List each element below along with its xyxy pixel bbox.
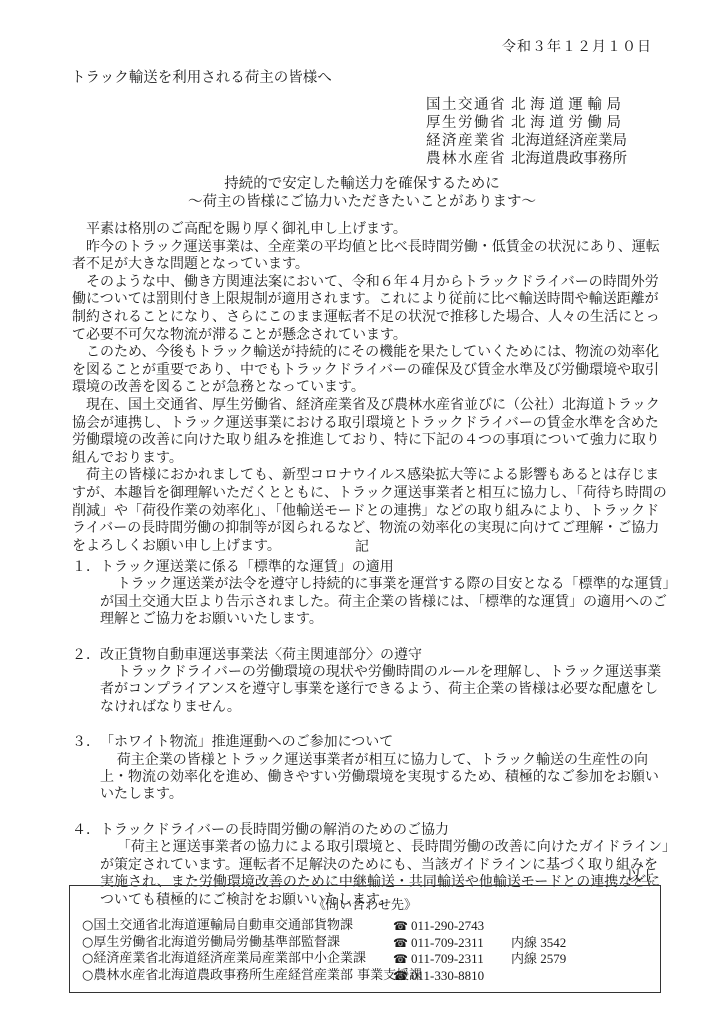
addressee: トラック輸送を利用される荷主の皆様へ <box>71 66 332 87</box>
item-heading: トラック運送業に係る「標準的な運賃」の適用 <box>100 559 394 576</box>
item-number: ４． <box>72 822 100 839</box>
contact-department: 北海道運輸局自動車交通部貨物課 <box>158 918 393 935</box>
item-number: １． <box>72 559 100 576</box>
contact-phone: 011-330-8810 <box>411 968 511 985</box>
contact-row: ○厚生労働省 北海道労働局労働基準部監督課 ☎ 011-709-2311 内線 … <box>82 935 566 952</box>
sender-ministry: 経済産業省 <box>426 132 511 150</box>
contact-department: 北海道経済産業局産業部中小企業課 <box>158 951 393 968</box>
ki-heading: 記 <box>0 536 724 556</box>
telephone-icon: ☎ <box>393 951 411 968</box>
telephone-icon: ☎ <box>393 968 411 985</box>
body-paragraph: 昨今のトラック運送事業は、全産業の平均値と比べ長時間労働・低賃金の状況にあり、運… <box>72 239 672 274</box>
contact-ministry: ○国土交通省 <box>82 918 158 935</box>
closing-mark: 以上 <box>627 866 655 886</box>
body-text: 平素は格別のご高配を賜り厚く御礼申し上げます。 昨今のトラック運送事業は、全産業… <box>72 221 672 555</box>
sender-ministry: 国土交通省 <box>426 96 511 114</box>
contact-ministry: ○厚生労働省 <box>82 935 158 952</box>
contact-box: 《問い合わせ先》 ○国土交通省 北海道運輸局自動車交通部貨物課 ☎ 011-29… <box>69 885 661 993</box>
body-paragraph: そのような中、働き方関連法案において、令和６年４月からトラックドライバーの時間外… <box>72 274 672 344</box>
contact-phone: 011-290-2743 <box>411 918 511 935</box>
item-list: １．トラック運送業に係る「標準的な運賃」の適用 トラック運送業が法令を遵守し持続… <box>72 559 672 927</box>
contact-list: ○国土交通省 北海道運輸局自動車交通部貨物課 ☎ 011-290-2743 ○厚… <box>82 918 566 984</box>
contact-phone: 011-709-2311 <box>411 951 511 968</box>
title-line-2: ～荷主の皆様にご協力いただきたいことがあります～ <box>0 194 724 212</box>
list-item: ２．改正貨物自動車運送事業法〈荷主関連部分〉の遵守 トラックドライバーの労働環境… <box>72 647 672 717</box>
contact-extension: 内線 3542 <box>511 935 566 952</box>
document-date: 令和３年１２月１０日 <box>502 36 652 56</box>
contact-row: ○国土交通省 北海道運輸局自動車交通部貨物課 ☎ 011-290-2743 <box>82 918 566 935</box>
sender-bureau: 北 海 道 労 働 局 <box>511 114 621 132</box>
body-paragraph: このため、今後もトラック輸送が持続的にその機能を果たしていくためには、物流の効率… <box>72 344 672 397</box>
contact-department: 北海道農政事務所生産経営産業部 事業支援課 <box>158 968 393 985</box>
item-heading: 「ホワイト物流」推進運動へのご参加について <box>100 734 393 751</box>
item-text: 荷主企業の皆様とトラック運送事業者が相互に協力して、トラック輸送の生産性の向上・… <box>100 752 672 804</box>
item-text: トラックドライバーの労働環境の現状や労働時間のルールを理解し、トラック運送事業者… <box>100 664 672 716</box>
contact-row: ○農林水産省 北海道農政事務所生産経営産業部 事業支援課 ☎ 011-330-8… <box>82 968 566 985</box>
sender-bureau: 北海道経済産業局 <box>511 132 627 150</box>
sender-row: 厚生労働省北 海 道 労 働 局 <box>426 114 627 132</box>
sender-ministry: 厚生労働省 <box>426 114 511 132</box>
contact-ministry: ○経済産業省 <box>82 951 158 968</box>
item-heading: 改正貨物自動車運送事業法〈荷主関連部分〉の遵守 <box>100 647 422 664</box>
contact-extension: 内線 2579 <box>511 951 566 968</box>
body-paragraph: 現在、国土交通省、厚生労働省、経済産業省及び農林水産省並びに（公社）北海道トラッ… <box>72 397 672 467</box>
body-paragraph: 平素は格別のご高配を賜り厚く御礼申し上げます。 <box>72 221 672 239</box>
item-heading: トラックドライバーの長時間労働の解消のためのご協力 <box>100 822 449 839</box>
contact-title: 《問い合わせ先》 <box>70 894 660 913</box>
title-line-1: 持続的で安定した輸送力を確保するために <box>0 176 724 194</box>
telephone-icon: ☎ <box>393 918 411 935</box>
item-text: トラック運送業が法令を遵守し持続的に事業を運営する際の目安となる「標準的な運賃」… <box>100 576 672 628</box>
sender-bureau: 北 海 道 運 輸 局 <box>511 96 621 114</box>
contact-row: ○経済産業省 北海道経済産業局産業部中小企業課 ☎ 011-709-2311 内… <box>82 951 566 968</box>
sender-row: 経済産業省北海道経済産業局 <box>426 132 627 150</box>
sender-ministry: 農林水産省 <box>426 150 511 168</box>
telephone-icon: ☎ <box>393 935 411 952</box>
item-number: ３． <box>72 734 100 751</box>
list-item: ３．「ホワイト物流」推進運動へのご参加について 荷主企業の皆様とトラック運送事業… <box>72 734 672 804</box>
sender-bureau: 北海道農政事務所 <box>511 150 627 168</box>
document-title: 持続的で安定した輸送力を確保するために ～荷主の皆様にご協力いただきたいことがあ… <box>0 176 724 211</box>
contact-ministry: ○農林水産省 <box>82 968 158 985</box>
item-number: ２． <box>72 647 100 664</box>
contact-phone: 011-709-2311 <box>411 935 511 952</box>
sender-row: 国土交通省北 海 道 運 輸 局 <box>426 96 627 114</box>
list-item: １．トラック運送業に係る「標準的な運賃」の適用 トラック運送業が法令を遵守し持続… <box>72 559 672 629</box>
sender-list: 国土交通省北 海 道 運 輸 局 厚生労働省北 海 道 労 働 局 経済産業省北… <box>426 96 627 168</box>
sender-row: 農林水産省北海道農政事務所 <box>426 150 627 168</box>
contact-department: 北海道労働局労働基準部監督課 <box>158 935 393 952</box>
